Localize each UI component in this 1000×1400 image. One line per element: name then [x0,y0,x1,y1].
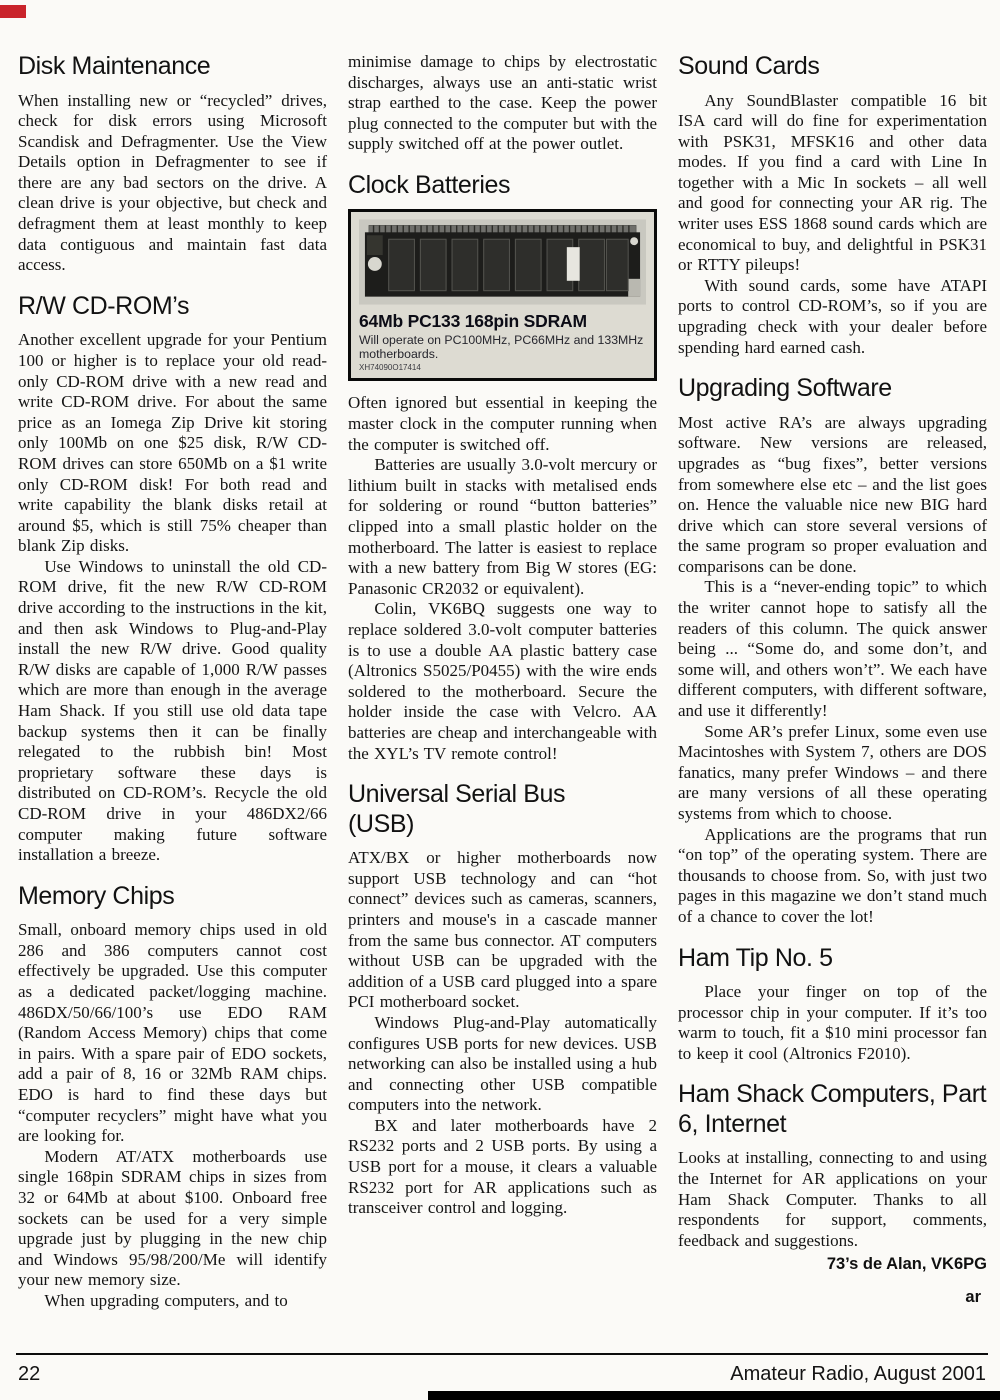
red-registration-mark [0,5,26,18]
paragraph: ATX/BX or higher motherboards now suppor… [348,848,657,1013]
author-signoff: 73’s de Alan, VK6PG [678,1255,987,1274]
section-ham-shack-computers: Ham Shack Computers, Part 6, Internet Lo… [678,1080,987,1307]
section-heading: Disk Maintenance [18,52,327,82]
section-heading-clock-batteries: Clock Batteries [348,171,657,201]
column-1: Disk Maintenance When installing new or … [18,52,327,1320]
paragraph: Modern AT/ATX motherboards use single 16… [18,1147,327,1291]
paragraph: Any SoundBlaster compatible 16 bit ISA c… [678,91,987,276]
publication-title: Amateur Radio, August 2001 [730,1363,986,1386]
sdram-photo [359,219,646,305]
section-upgrading-software: Upgrading Software Most active RA’s are … [678,374,987,927]
paragraph: Most active RA’s are always upgrading so… [678,413,987,578]
paragraph: Some AR’s prefer Linux, some even use Ma… [678,722,987,825]
section-heading: R/W CD-ROM’s [18,292,327,322]
paragraph: Place your finger on top of the processo… [678,982,987,1064]
section-rw-cdroms: R/W CD-ROM’s Another excellent upgrade f… [18,292,327,866]
page-number: 22 [18,1363,40,1386]
photo-caption-subtitle: Will operate on PC100MHz, PC66MHz and 13… [359,333,646,361]
paragraph: Windows Plug-and-Play automatically conf… [348,1013,657,1116]
photo-caption-title: 64Mb PC133 168pin SDRAM [359,311,646,332]
column-2: minimise damage to chips by electrostati… [348,52,657,1320]
paragraph: Batteries are usually 3.0-volt mercury o… [348,455,657,599]
magazine-page: Disk Maintenance When installing new or … [0,0,1000,1400]
paragraph: This is a “never-ending topic” to which … [678,577,987,721]
paragraph: Small, onboard memory chips used in old … [18,920,327,1147]
continuation-paragraph: minimise damage to chips by electrostati… [348,52,657,155]
section-sound-cards: Sound Cards Any SoundBlaster compatible … [678,52,987,358]
paragraph: With sound cards, some have ATAPI ports … [678,276,987,358]
paragraph: Looks at installing, connecting to and u… [678,1148,987,1251]
paragraph: Often ignored but essential in keeping t… [348,393,657,455]
section-heading: Ham Tip No. 5 [678,944,987,974]
section-heading: Sound Cards [678,52,987,82]
section-memory-chips: Memory Chips Small, onboard memory chips… [18,882,327,1312]
sdram-photo-box: 64Mb PC133 168pin SDRAM Will operate on … [348,209,657,381]
section-heading: Ham Shack Computers, Part 6, Internet [678,1080,987,1139]
article-end-marker: ar [678,1288,981,1307]
bottom-scan-bar [428,1391,1000,1400]
paragraph: When installing new or “recycled” drives… [18,91,327,276]
paragraph: BX and later motherboards have 2 RS232 p… [348,1116,657,1219]
page-content: Disk Maintenance When installing new or … [18,52,986,1320]
section-ham-tip: Ham Tip No. 5 Place your finger on top o… [678,944,987,1065]
paragraph: Another excellent upgrade for your Penti… [18,330,327,557]
paragraph: Colin, VK6BQ suggests one way to replace… [348,599,657,764]
paragraph: Applications are the programs that run “… [678,825,987,928]
section-disk-maintenance: Disk Maintenance When installing new or … [18,52,327,276]
footer-rule [16,1353,988,1355]
section-heading-usb: Universal Serial Bus (USB) [348,780,610,839]
paragraph: When upgrading computers, and to [18,1291,327,1312]
column-3: Sound Cards Any SoundBlaster compatible … [678,52,987,1320]
photo-caption-code: XH74090O17414 [359,363,646,372]
paragraph: Use Windows to uninstall the old CD-ROM … [18,557,327,866]
section-heading: Upgrading Software [678,374,987,404]
section-heading: Memory Chips [18,882,327,912]
